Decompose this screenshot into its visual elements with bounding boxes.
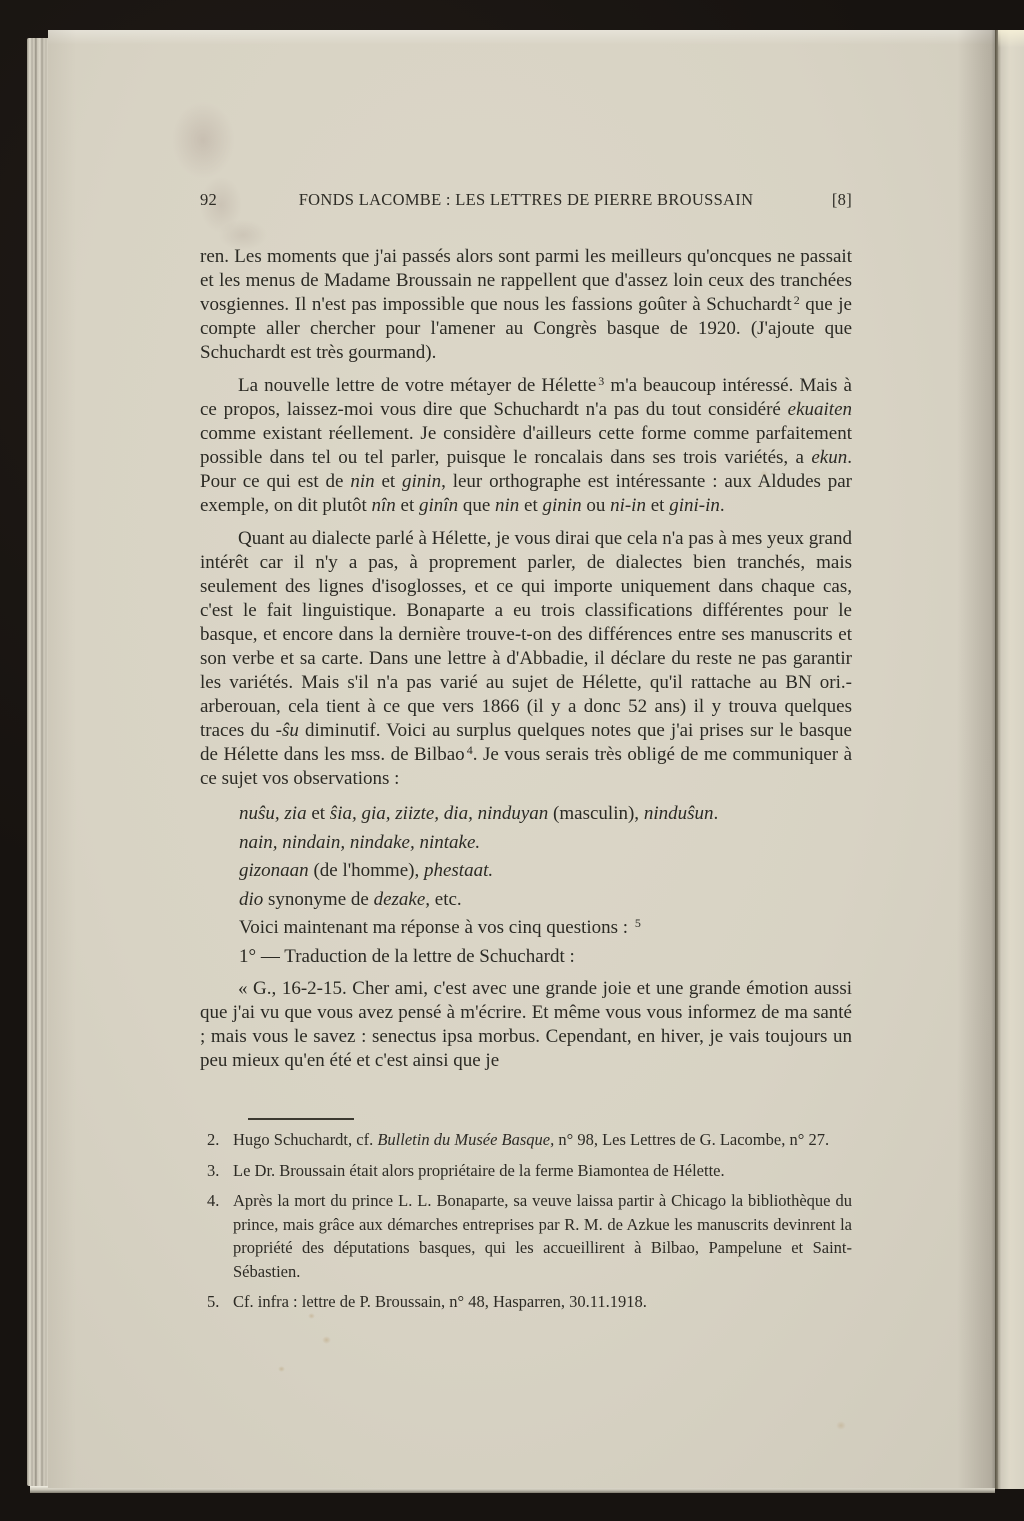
paragraph-5: nain, nindain, nindake, nintake.: [239, 829, 852, 858]
book-photo: 92 FONDS LACOMBE : LES LETTRES DE PIERRE…: [0, 0, 1024, 1521]
italic-run: nain, nindain, nindake, nintake.: [239, 832, 480, 853]
body-text: ren. Les moments que j'ai passés alors s…: [200, 245, 852, 1073]
foxing-spot: [308, 1313, 315, 1319]
paragraph-3: Quant au dialecte parlé à Hélette, je vo…: [200, 527, 852, 791]
footnote-2: 2.Hugo Schuchardt, cf. Bulletin du Musée…: [200, 1128, 852, 1152]
footnote-number: 5.: [200, 1290, 233, 1314]
footnote-text: Après la mort du prince L. L. Bonaparte,…: [233, 1189, 852, 1283]
italic-run: nîn: [372, 495, 396, 516]
footnote-number: 4.: [200, 1189, 233, 1283]
paragraph-1: ren. Les moments que j'ai passés alors s…: [200, 245, 852, 365]
foxing-spot: [760, 470, 768, 477]
text-run: et: [396, 495, 419, 516]
italic-run: Bulletin du Musée Basque,: [377, 1130, 554, 1149]
italic-run: nin: [495, 495, 519, 516]
footnote-text: Cf. infra : lettre de P. Broussain, n° 4…: [233, 1290, 852, 1314]
italic-run: gizonaan: [239, 860, 309, 881]
italic-run: ginîn: [419, 495, 458, 516]
text-run: ou: [582, 495, 611, 516]
footnote-text: Le Dr. Broussain était alors propriétair…: [233, 1159, 852, 1183]
text-run: Après la mort du prince L. L. Bonaparte,…: [233, 1191, 852, 1281]
italic-run: ni-in: [610, 495, 646, 516]
italic-run: phestaat.: [424, 860, 493, 881]
foxing-spot: [322, 1336, 331, 1344]
text-run: Hugo Schuchardt, cf.: [233, 1130, 377, 1149]
paragraph-7: dio synonyme de dezake, etc.: [239, 886, 852, 915]
text-run: que: [458, 495, 495, 516]
italic-run: nuŝu, zia: [239, 803, 307, 824]
text-run: et: [307, 803, 330, 824]
italic-run: nin: [350, 471, 374, 492]
italic-run: ŝia, gia, ziizte, dia, ninduyan: [330, 803, 549, 824]
italic-run: dio: [239, 889, 263, 910]
paragraph-8: Voici maintenant ma réponse à vos cinq q…: [200, 914, 852, 943]
italic-run: ninduŝun: [644, 803, 714, 824]
text-run: (de l'homme),: [309, 860, 424, 881]
paragraph-10: « G., 16-2-15. Cher ami, c'est avec une …: [200, 977, 852, 1073]
text-run: Le Dr. Broussain était alors propriétair…: [233, 1161, 725, 1180]
text-run: Voici maintenant ma réponse à vos cinq q…: [239, 917, 633, 938]
footnote-number: 3.: [200, 1159, 233, 1183]
text-run: Quant au dialecte parlé à Hélette, je vo…: [200, 528, 852, 741]
book-page: 92 FONDS LACOMBE : LES LETTRES DE PIERRE…: [48, 30, 995, 1488]
text-run: Cf. infra : lettre de P. Broussain, n° 4…: [233, 1292, 647, 1311]
text-run: 1° — Traduction de la lettre de Schuchar…: [239, 946, 575, 967]
text-run: et: [646, 495, 669, 516]
italic-run: ginin: [543, 495, 582, 516]
paragraph-4: nuŝu, zia et ŝia, gia, ziizte, dia, nind…: [239, 800, 852, 829]
foxing-spot: [836, 1421, 846, 1430]
footnote-text: Hugo Schuchardt, cf. Bulletin du Musée B…: [233, 1128, 852, 1152]
italic-run: ekun: [811, 447, 847, 468]
text-run: synonyme de: [263, 889, 373, 910]
paragraph-6: gizonaan (de l'homme), phestaat.: [239, 857, 852, 886]
text-run: comme existant réellement. Je considère …: [200, 423, 852, 468]
page-number: 92: [200, 190, 290, 210]
paragraph-2: La nouvelle lettre de votre métayer de H…: [200, 374, 852, 518]
footnotes: 2.Hugo Schuchardt, cf. Bulletin du Musée…: [200, 1128, 852, 1321]
italic-run: gini-in: [669, 495, 720, 516]
text-run: n° 98, Les Lettres de G. Lacombe, n° 27.: [554, 1130, 829, 1149]
italic-run: ekuaiten: [788, 399, 852, 420]
text-run: .: [720, 495, 725, 516]
footnote-4: 4.Après la mort du prince L. L. Bonapart…: [200, 1189, 852, 1283]
text-run: et: [519, 495, 542, 516]
text-run: ren. Les moments que j'ai passés alors s…: [200, 246, 852, 315]
text-run: et: [375, 471, 402, 492]
page-header: 92 FONDS LACOMBE : LES LETTRES DE PIERRE…: [200, 190, 852, 210]
paragraph-9: 1° — Traduction de la lettre de Schuchar…: [200, 943, 852, 972]
text-run: La nouvelle lettre de votre métayer de H…: [238, 375, 596, 396]
header-reference: [8]: [762, 190, 852, 210]
italic-run: dezake,: [374, 889, 430, 910]
text-run: (masculin),: [548, 803, 644, 824]
footnote-number: 2.: [200, 1128, 233, 1152]
facing-page-edge: [998, 30, 1024, 1489]
text-run: etc.: [430, 889, 462, 910]
footnote-rule: [248, 1118, 354, 1120]
text-run: « G., 16-2-15. Cher ami, c'est avec une …: [200, 978, 852, 1071]
text-run: .: [714, 803, 719, 824]
page-stack-edge: [27, 38, 48, 1486]
footnote-5: 5.Cf. infra : lettre de P. Broussain, n°…: [200, 1290, 852, 1314]
italic-run: -ŝu: [276, 720, 299, 741]
footnote-marker: 5: [635, 916, 641, 930]
foxing-spot: [278, 1366, 285, 1372]
italic-run: ginin: [402, 471, 441, 492]
footnote-3: 3.Le Dr. Broussain était alors propriéta…: [200, 1159, 852, 1183]
header-title: FONDS LACOMBE : LES LETTRES DE PIERRE BR…: [290, 190, 762, 210]
